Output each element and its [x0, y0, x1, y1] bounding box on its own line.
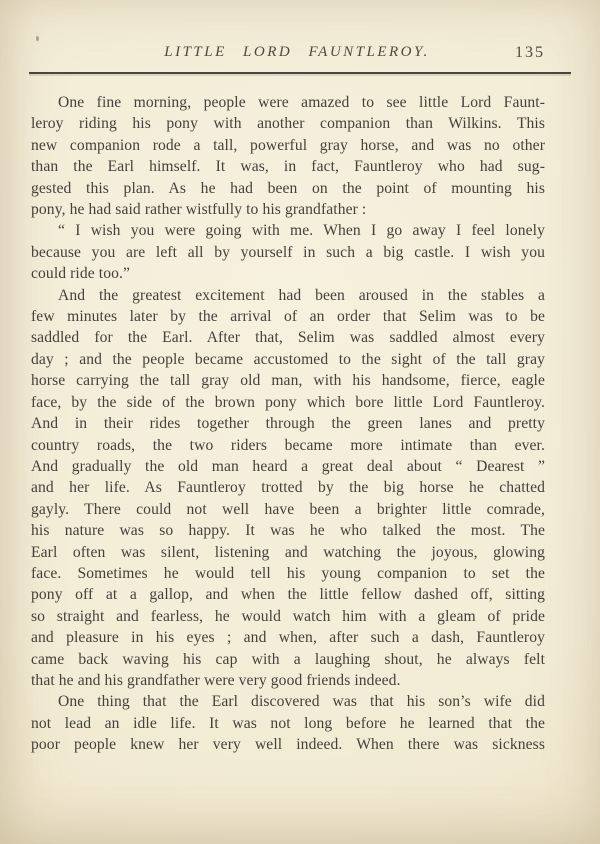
text-line: that he and his grandfather were very go…: [31, 670, 545, 691]
page-number: 135: [515, 44, 545, 62]
text-line: came back waving his cap with a laughing…: [31, 649, 545, 670]
text-line: new companion rode a tall, powerful gray…: [31, 135, 545, 156]
text-line: gayly. There could not well have been a …: [31, 499, 545, 520]
text-line: One fine morning, people were amazed to …: [31, 92, 545, 113]
text-line: than the Earl himself. It was, in fact, …: [31, 156, 545, 177]
text-line: his nature was so happy. It was he who t…: [31, 520, 545, 541]
text-line: And in their rides together through the …: [31, 413, 545, 434]
text-line: not lead an idle life. It was not long b…: [31, 713, 545, 734]
text-line: gested this plan. As he had been on the …: [31, 178, 545, 199]
header-rule: [29, 72, 571, 74]
text-line: face. Sometimes he would tell his young …: [31, 563, 545, 584]
page-title: LITTLE LORD FAUNTLEROY.: [31, 44, 563, 61]
text-line: pony off at a gallop, and when the littl…: [31, 584, 545, 605]
text-line: horse carrying the tall gray old man, wi…: [31, 370, 545, 391]
text-line: face, by the side of the brown pony whic…: [31, 392, 545, 413]
text-line: leroy riding his pony with another compa…: [31, 113, 545, 134]
text-line: saddled for the Earl. After that, Selim …: [31, 327, 545, 348]
text-line: day ; and the people became accustomed t…: [31, 349, 545, 370]
text-line: and her life. As Fauntleroy trotted by t…: [31, 477, 545, 498]
text-line: could ride too.”: [31, 263, 545, 284]
text-line: and pleasure in his eyes ; and when, aft…: [31, 627, 545, 648]
text-line: so straight and fearless, he would watch…: [31, 606, 545, 627]
scan-speck: [36, 36, 39, 41]
page-text: One fine morning, people were amazed to …: [31, 92, 545, 756]
text-line: Earl often was silent, listening and wat…: [31, 542, 545, 563]
running-header: LITTLE LORD FAUNTLEROY. 135: [31, 44, 545, 66]
text-line: “ I wish you were going with me. When I …: [31, 220, 545, 241]
text-line: because you are left all by yourself in …: [31, 242, 545, 263]
text-line: One thing that the Earl discovered was t…: [31, 691, 545, 712]
text-line: And the greatest excitement had been aro…: [31, 285, 545, 306]
text-line: poor people knew her very well indeed. W…: [31, 734, 545, 755]
text-line: few minutes later by the arrival of an o…: [31, 306, 545, 327]
text-line: And gradually the old man heard a great …: [31, 456, 545, 477]
text-line: pony, he had said rather wistfully to hi…: [31, 199, 545, 220]
book-page: LITTLE LORD FAUNTLEROY. 135 One fine mor…: [0, 0, 600, 844]
text-line: country roads, the two riders became mor…: [31, 435, 545, 456]
